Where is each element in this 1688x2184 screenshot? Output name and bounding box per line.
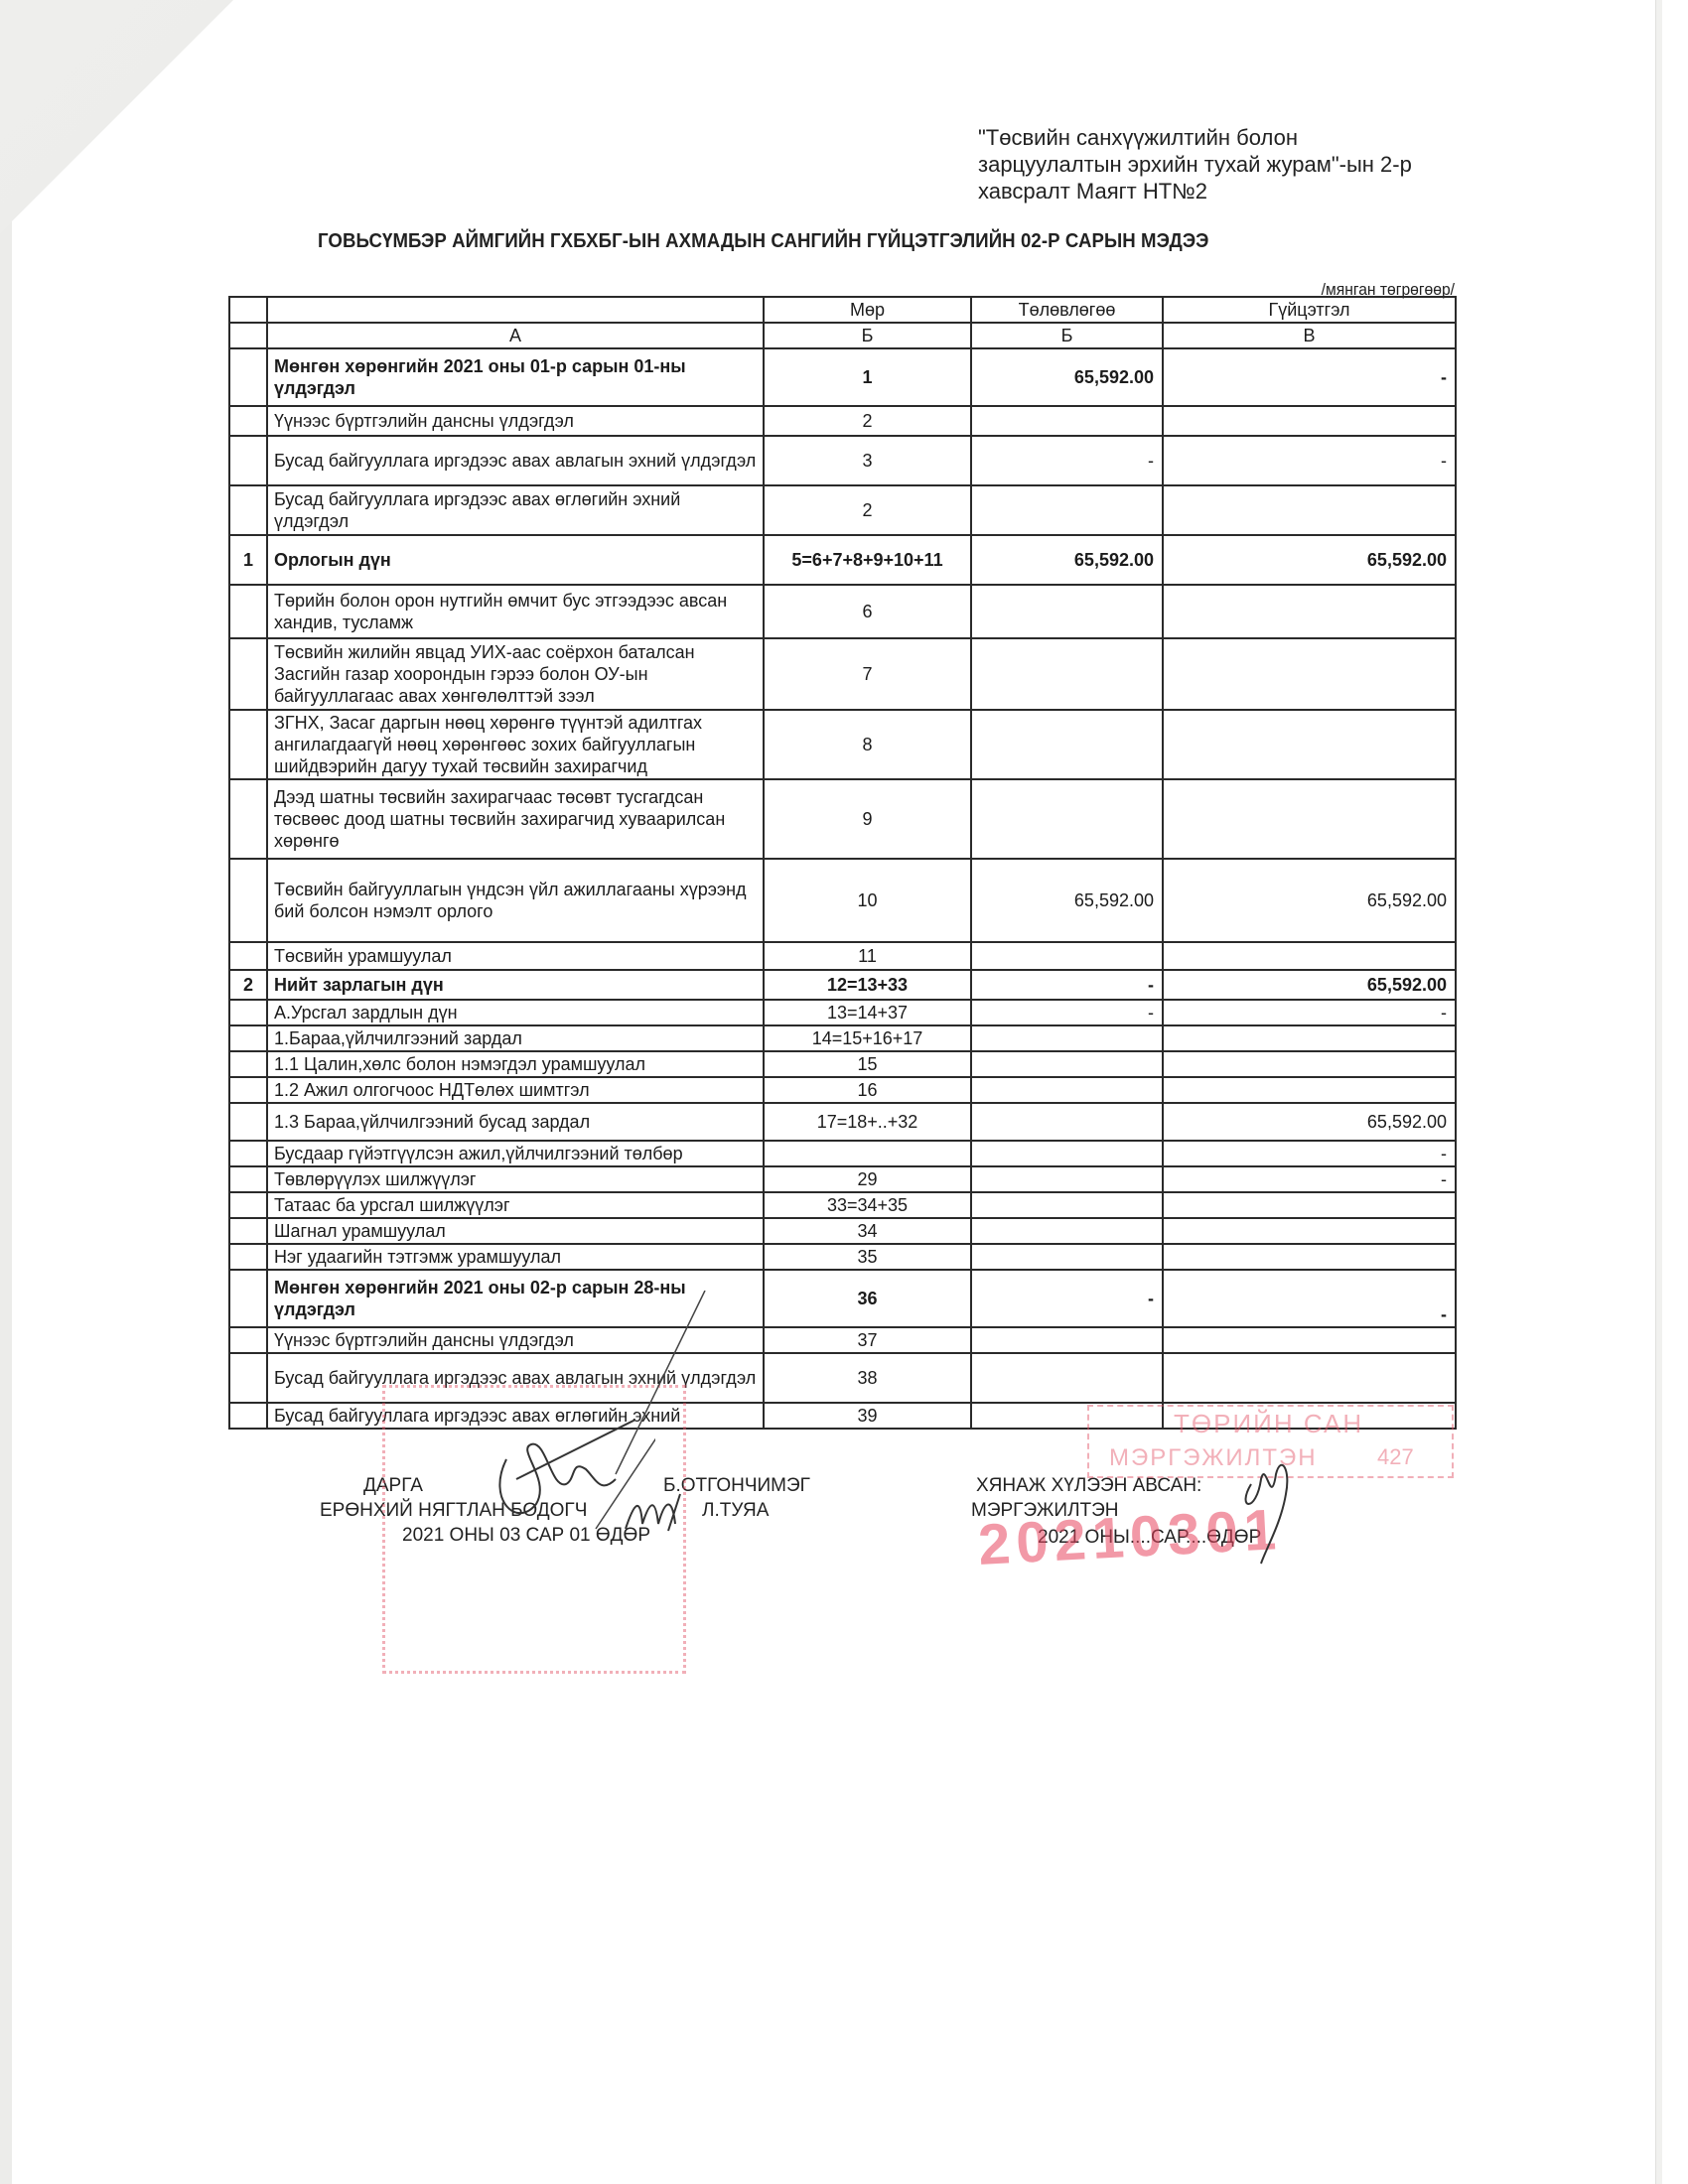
accountant-name: Л.ТУЯА xyxy=(702,1500,769,1522)
header-plan: Төлөвлөгөө xyxy=(971,297,1163,323)
row-code: 33=34+35 xyxy=(764,1192,971,1218)
row-actual-value xyxy=(1163,1192,1456,1218)
annex-line-3: хавсралт Маягт НТ№2 xyxy=(978,178,1455,205)
treasury-stamp-number: 427 xyxy=(1377,1444,1414,1470)
row-label: Бусад байгууллага иргэдээс авах өглөгийн… xyxy=(267,485,764,535)
row-plan-value xyxy=(971,1166,1163,1192)
scan-edge-right xyxy=(1655,0,1662,2184)
header-actual: Гүйцэтгэл xyxy=(1163,297,1456,323)
row-number xyxy=(229,1051,267,1077)
row-number xyxy=(229,779,267,859)
row-number: 2 xyxy=(229,970,267,1000)
header-row: Мөр Төлөвлөгөө Гүйцэтгэл xyxy=(229,297,1456,323)
line-stroke xyxy=(596,1291,715,1479)
table-row: Мөнгөн хөрөнгийн 2021 оны 01-р сарын 01-… xyxy=(229,348,1456,406)
row-code: 2 xyxy=(764,406,971,436)
folded-corner xyxy=(0,0,233,233)
row-actual-value xyxy=(1163,1218,1456,1244)
row-code: 36 xyxy=(764,1270,971,1327)
annex-note: "Төсвийн санхүүжилтийн болон зарцуулалты… xyxy=(978,124,1455,205)
row-plan-value xyxy=(971,638,1163,710)
table-row: Төрийн болон орон нутгийн өмчит бус этгэ… xyxy=(229,585,1456,638)
table-row: Нэг удаагийн тэтгэмж урамшуулал35 xyxy=(229,1244,1456,1270)
header-label xyxy=(267,297,764,323)
row-label: 1.1 Цалин,хөлс болон нэмэгдэл урамшуулал xyxy=(267,1051,764,1077)
row-plan-value: - xyxy=(971,1000,1163,1025)
row-label: Үүнээс бүртгэлийн дансны үлдэгдэл xyxy=(267,406,764,436)
row-number xyxy=(229,1192,267,1218)
row-label: Бусдаар гүйэтгүүлсэн ажил,үйлчилгээний т… xyxy=(267,1141,764,1166)
row-actual-value: 65,592.00 xyxy=(1163,1103,1456,1141)
row-code: 5=6+7+8+9+10+11 xyxy=(764,535,971,585)
row-actual-value: 65,592.00 xyxy=(1163,970,1456,1000)
row-number xyxy=(229,638,267,710)
row-actual-value xyxy=(1163,710,1456,779)
row-number xyxy=(229,436,267,485)
row-plan-value: 65,592.00 xyxy=(971,859,1163,942)
row-actual-value: 65,592.00 xyxy=(1163,535,1456,585)
row-actual-value: - xyxy=(1163,1270,1456,1327)
row-number xyxy=(229,1403,267,1429)
row-number xyxy=(229,485,267,535)
row-plan-value xyxy=(971,1141,1163,1166)
row-actual-value xyxy=(1163,638,1456,710)
row-code: 15 xyxy=(764,1051,971,1077)
table-row: Үүнээс бүртгэлийн дансны үлдэгдэл37 xyxy=(229,1327,1456,1353)
row-actual-value xyxy=(1163,485,1456,535)
row-plan-value xyxy=(971,485,1163,535)
row-number xyxy=(229,1353,267,1403)
row-code: 16 xyxy=(764,1077,971,1103)
row-number xyxy=(229,859,267,942)
subheader-num xyxy=(229,323,267,348)
row-number xyxy=(229,406,267,436)
row-label: Шагнал урамшуулал xyxy=(267,1218,764,1244)
row-actual-value xyxy=(1163,1077,1456,1103)
table-row: Бусад байгууллага иргэдээс авах авлагын … xyxy=(229,436,1456,485)
row-plan-value xyxy=(971,1192,1163,1218)
row-code: 10 xyxy=(764,859,971,942)
row-label: Татаас ба урсгал шилжүүлэг xyxy=(267,1192,764,1218)
row-number xyxy=(229,1166,267,1192)
accountant-signature xyxy=(621,1489,700,1534)
row-plan-value: 65,592.00 xyxy=(971,348,1163,406)
table-row: Үүнээс бүртгэлийн дансны үлдэгдэл2 xyxy=(229,406,1456,436)
row-number xyxy=(229,348,267,406)
row-code: 1 xyxy=(764,348,971,406)
row-code: 39 xyxy=(764,1403,971,1429)
subheader-plan: Б xyxy=(971,323,1163,348)
row-code: 6 xyxy=(764,585,971,638)
row-label: Бусад байгууллага иргэдээс авах авлагын … xyxy=(267,436,764,485)
row-number xyxy=(229,942,267,970)
row-code: 7 xyxy=(764,638,971,710)
row-number: 1 xyxy=(229,535,267,585)
row-label: Нэг удаагийн тэтгэмж урамшуулал xyxy=(267,1244,764,1270)
subheader-actual: В xyxy=(1163,323,1456,348)
row-actual-value: 65,592.00 xyxy=(1163,859,1456,942)
row-label: ЗГНХ, Засаг даргын нөөц хөрөнгө түүнтэй … xyxy=(267,710,764,779)
row-label: Төвлөрүүлэх шилжүүлэг xyxy=(267,1166,764,1192)
row-actual-value xyxy=(1163,942,1456,970)
row-actual-value: - xyxy=(1163,348,1456,406)
subheader-label: А xyxy=(267,323,764,348)
table-row: 1.1 Цалин,хөлс болон нэмэгдэл урамшуулал… xyxy=(229,1051,1456,1077)
row-actual-value: - xyxy=(1163,1000,1456,1025)
row-actual-value xyxy=(1163,1353,1456,1403)
row-plan-value xyxy=(971,710,1163,779)
table-row: Төвлөрүүлэх шилжүүлэг29- xyxy=(229,1166,1456,1192)
row-code: 8 xyxy=(764,710,971,779)
row-number xyxy=(229,1218,267,1244)
report-title: ГОВЬСҮМБЭР АЙМГИЙН ГХБХБГ-ЫН АХМАДЫН САН… xyxy=(318,230,1334,253)
table-row: Төсвийн жилийн явцад УИХ-аас соёрхон бат… xyxy=(229,638,1456,710)
row-label: Мөнгөн хөрөнгийн 2021 оны 01-р сарын 01-… xyxy=(267,348,764,406)
subheader-row: А Б Б В xyxy=(229,323,1456,348)
row-actual-value: - xyxy=(1163,1166,1456,1192)
row-label: Төсвийн жилийн явцад УИХ-аас соёрхон бат… xyxy=(267,638,764,710)
row-label: Орлогын дүн xyxy=(267,535,764,585)
row-actual-value xyxy=(1163,1051,1456,1077)
row-code: 12=13+33 xyxy=(764,970,971,1000)
reviewer-signature xyxy=(1231,1449,1301,1569)
row-plan-value xyxy=(971,1244,1163,1270)
row-plan-value xyxy=(971,1327,1163,1353)
row-number xyxy=(229,1244,267,1270)
table-row: А.Урсгал зардлын дүн13=14+37-- xyxy=(229,1000,1456,1025)
row-number xyxy=(229,1327,267,1353)
table-row: Дээд шатны төсвийн захирагчаас төсөвт ту… xyxy=(229,779,1456,859)
header-num xyxy=(229,297,267,323)
row-label: Төсвийн урамшуулал xyxy=(267,942,764,970)
row-label: Нийт зарлагын дүн xyxy=(267,970,764,1000)
row-plan-value xyxy=(971,1218,1163,1244)
row-plan-value: - xyxy=(971,436,1163,485)
row-number xyxy=(229,585,267,638)
treasury-stamp-line1: ТӨРИЙН САН xyxy=(1174,1409,1363,1439)
row-code: 14=15+16+17 xyxy=(764,1025,971,1051)
row-number xyxy=(229,1103,267,1141)
row-plan-value xyxy=(971,1077,1163,1103)
reviewed-label: ХЯНАЖ ХҮЛЭЭН АВСАН: xyxy=(976,1475,1201,1497)
row-plan-value xyxy=(971,585,1163,638)
table-row: Бусдаар гүйэтгүүлсэн ажил,үйлчилгээний т… xyxy=(229,1141,1456,1166)
table-row: 1.2 Ажил олгогчоос НДТөлөх шимтгэл16 xyxy=(229,1077,1456,1103)
row-number xyxy=(229,1077,267,1103)
row-code: 3 xyxy=(764,436,971,485)
row-label: Төрийн болон орон нутгийн өмчит бус этгэ… xyxy=(267,585,764,638)
table-row: 2Нийт зарлагын дүн12=13+33-65,592.00 xyxy=(229,970,1456,1000)
scan-edge xyxy=(0,0,12,2184)
row-actual-value xyxy=(1163,585,1456,638)
row-plan-value xyxy=(971,406,1163,436)
table-row: Төсвийн урамшуулал11 xyxy=(229,942,1456,970)
row-actual-value xyxy=(1163,1327,1456,1353)
row-code xyxy=(764,1141,971,1166)
table-row: Шагнал урамшуулал34 xyxy=(229,1218,1456,1244)
row-plan-value: - xyxy=(971,970,1163,1000)
row-code: 11 xyxy=(764,942,971,970)
row-code: 13=14+37 xyxy=(764,1000,971,1025)
row-code: 35 xyxy=(764,1244,971,1270)
row-plan-value xyxy=(971,1103,1163,1141)
row-number xyxy=(229,710,267,779)
table-row: 1Орлогын дүн5=6+7+8+9+10+1165,592.0065,5… xyxy=(229,535,1456,585)
row-number xyxy=(229,1141,267,1166)
table-row: Төсвийн байгууллагын үндсэн үйл ажиллага… xyxy=(229,859,1456,942)
row-plan-value: - xyxy=(971,1270,1163,1327)
row-code: 29 xyxy=(764,1166,971,1192)
row-plan-value xyxy=(971,1353,1163,1403)
row-label: 1.3 Бараа,үйлчилгээний бусад зардал xyxy=(267,1103,764,1141)
row-label: А.Урсгал зардлын дүн xyxy=(267,1000,764,1025)
row-code: 9 xyxy=(764,779,971,859)
row-number xyxy=(229,1270,267,1327)
row-actual-value xyxy=(1163,779,1456,859)
row-actual-value xyxy=(1163,1025,1456,1051)
row-label: Төсвийн байгууллагын үндсэн үйл ажиллага… xyxy=(267,859,764,942)
annex-line-2: зарцуулалтын эрхийн тухай журам"-ын 2-р xyxy=(978,151,1455,178)
row-plan-value: 65,592.00 xyxy=(971,535,1163,585)
row-actual-value: - xyxy=(1163,436,1456,485)
report-table: Мөр Төлөвлөгөө Гүйцэтгэл А Б Б В Мөнгөн … xyxy=(228,296,1457,1430)
table-row: Мөнгөн хөрөнгийн 2021 оны 02-р сарын 28-… xyxy=(229,1270,1456,1327)
row-code: 38 xyxy=(764,1353,971,1403)
row-code: 17=18+..+32 xyxy=(764,1103,971,1141)
row-number xyxy=(229,1025,267,1051)
row-code: 37 xyxy=(764,1327,971,1353)
row-number xyxy=(229,1000,267,1025)
subheader-row-code: Б xyxy=(764,323,971,348)
table-row: Татаас ба урсгал шилжүүлэг33=34+35 xyxy=(229,1192,1456,1218)
table-row: 1.3 Бараа,үйлчилгээний бусад зардал17=18… xyxy=(229,1103,1456,1141)
header-row-code: Мөр xyxy=(764,297,971,323)
row-plan-value xyxy=(971,1051,1163,1077)
row-actual-value xyxy=(1163,1244,1456,1270)
row-label: Дээд шатны төсвийн захирагчаас төсөвт ту… xyxy=(267,779,764,859)
row-plan-value xyxy=(971,779,1163,859)
row-code: 34 xyxy=(764,1218,971,1244)
row-actual-value xyxy=(1163,406,1456,436)
row-code: 2 xyxy=(764,485,971,535)
row-label: 1.Бараа,үйлчилгээний зардал xyxy=(267,1025,764,1051)
row-label: 1.2 Ажил олгогчоос НДТөлөх шимтгэл xyxy=(267,1077,764,1103)
annex-line-1: "Төсвийн санхүүжилтийн болон xyxy=(978,124,1455,151)
row-plan-value xyxy=(971,942,1163,970)
row-actual-value: - xyxy=(1163,1141,1456,1166)
table-row: 1.Бараа,үйлчилгээний зардал14=15+16+17 xyxy=(229,1025,1456,1051)
table-row: Бусад байгууллага иргэдээс авах өглөгийн… xyxy=(229,485,1456,535)
row-plan-value xyxy=(971,1025,1163,1051)
table-row: ЗГНХ, Засаг даргын нөөц хөрөнгө түүнтэй … xyxy=(229,710,1456,779)
